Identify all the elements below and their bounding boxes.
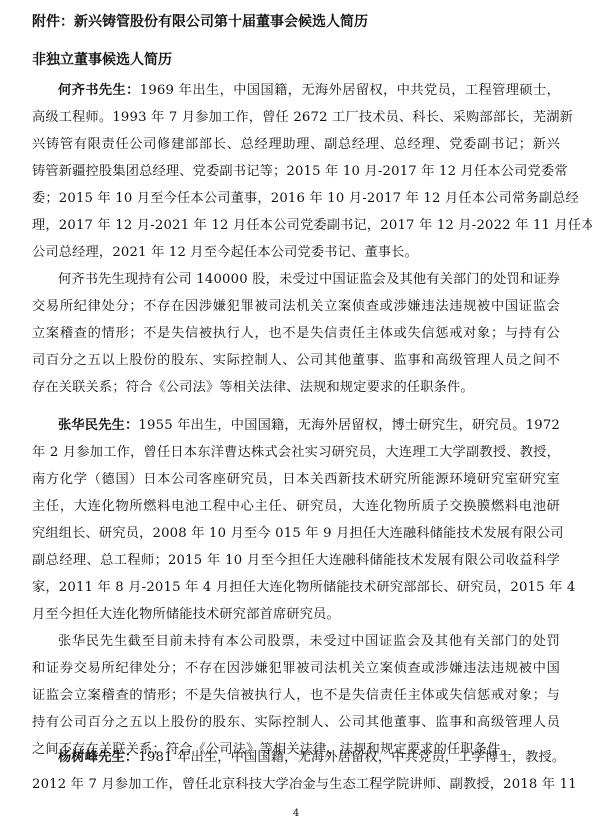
candidate-name: 何齐书先生： [58,83,140,98]
paragraph-line: 存在关联关系；符合《公司法》等相关法律、法规和规定要求的任职条件。 [32,374,560,401]
paragraph-line: 何齐书先生现持有公司 140000 股，未受过中国证监会及其他有关部门的处罚和证… [32,266,560,293]
statement-paragraph-he-qishu: 何齐书先生现持有公司 140000 股，未受过中国证监会及其他有关部门的处罚和证… [32,266,560,401]
paragraph-line: 高级工程师。1993 年 7 月参加工作，曾任 2672 工厂技术员、科长、采购… [32,104,560,131]
paragraph-line: 交易所纪律处分；不存在因涉嫌犯罪被司法机关立案侦查或涉嫌违法违规被中国证监会 [32,293,560,320]
paragraph-line: 司百分之五以上股份的股东、实际控制人、公司其他董事、监事和高级管理人员之间不 [32,347,560,374]
page-number: 4 [0,808,592,819]
document-title: 附件：新兴铸管股份有限公司第十届董事会候选人简历 [32,12,368,32]
paragraph-line: 主任，大连化物所燃料电池工程中心主任、研究员，大连化物所质子交换膜燃料电池研 [32,493,560,520]
statement-paragraph-zhang-huamin: 张华民先生截至目前未持有本公司股票，未受过中国证监会及其他有关部门的处罚 和证券… [32,628,560,763]
paragraph-line: 张华民先生：1955 年出生，中国国籍，无海外居留权，博士研究生，研究员。197… [32,412,560,439]
paragraph-line: 2012 年 7 月参加工作，曾任北京科技大学冶金与生态工程学院讲师、副教授，2… [32,771,560,798]
section-heading: 非独立董事候选人简历 [32,50,172,70]
paragraph-line: 持有公司百分之五以上股份的股东、实际控制人、公司其他董事、监事和高级管理人员 [32,709,560,736]
paragraph-line: 立案稽查的情形；不是失信被执行人，也不是失信责任主体或失信惩戒对象；与持有公 [32,320,560,347]
paragraph-line: 副总经理、总工程师；2015 年 10 月至今担任大连融科储能技术发展有限公司收… [32,547,560,574]
paragraph-line: 兴铸管有限责任公司修建部部长、总经理助理、副总经理、总经理、党委副书记；新兴 [32,131,560,158]
paragraph-line: 证监会立案稽查的情形；不是失信被执行人，也不是失信责任主体或失信惩戒对象；与 [32,682,560,709]
paragraph-line: 和证券交易所纪律处分；不存在因涉嫌犯罪被司法机关立案侦查或涉嫌违法违规被中国 [32,655,560,682]
candidate-name: 张华民先生： [58,418,138,433]
bio-paragraph-he-qishu: 何齐书先生：1969 年出生，中国国籍，无海外居留权，中共党员，工程管理硕士， … [32,77,560,266]
paragraph-line: 张华民先生截至目前未持有本公司股票，未受过中国证监会及其他有关部门的处罚 [32,628,560,655]
candidate-name: 杨树峰先生： [58,750,138,765]
paragraph-line: 铸管新疆控股集团总经理、党委副书记等；2015 年 10 月-2017 年 12… [32,158,560,185]
bio-paragraph-zhang-huamin: 张华民先生：1955 年出生，中国国籍，无海外居留权，博士研究生，研究员。197… [32,412,560,628]
paragraph-line: 何齐书先生：1969 年出生，中国国籍，无海外居留权，中共党员，工程管理硕士， [32,77,560,104]
paragraph-line: 公司总经理，2021 年 12 月至今起任本公司党委书记、董事长。 [32,239,560,266]
bio-paragraph-yang-shufeng: 杨树峰先生：1981 年出生，中国国籍，无海外居留权，中共党员，工学博士，教授。… [32,744,560,798]
paragraph-line: 理，2017 年 12 月-2021 年 12 月任本公司党委副书记，2017 … [32,212,560,239]
paragraph-line: 杨树峰先生：1981 年出生，中国国籍，无海外居留权，中共党员，工学博士，教授。 [32,744,560,771]
paragraph-line: 年 2 月参加工作，曾任日本东洋曹达株式会社实习研究员，大连理工大学副教授、教授… [32,439,560,466]
paragraph-line: 月至今担任大连化物所储能技术研究部首席研究员。 [32,601,560,628]
paragraph-line: 委；2015 年 10 月至今任本公司董事，2016 年 10 月-2017 年… [32,185,560,212]
paragraph-line: 究组组长、研究员，2008 年 10 月至今 015 年 9 月担任大连融科储能… [32,520,560,547]
paragraph-line: 南方化学（德国）日本公司客座研究员，日本关西新技术研究所能源环境研究室研究室 [32,466,560,493]
paragraph-line: 家，2011 年 8 月-2015 年 4 月担任大连化物所储能技术研究部部长、… [32,574,560,601]
